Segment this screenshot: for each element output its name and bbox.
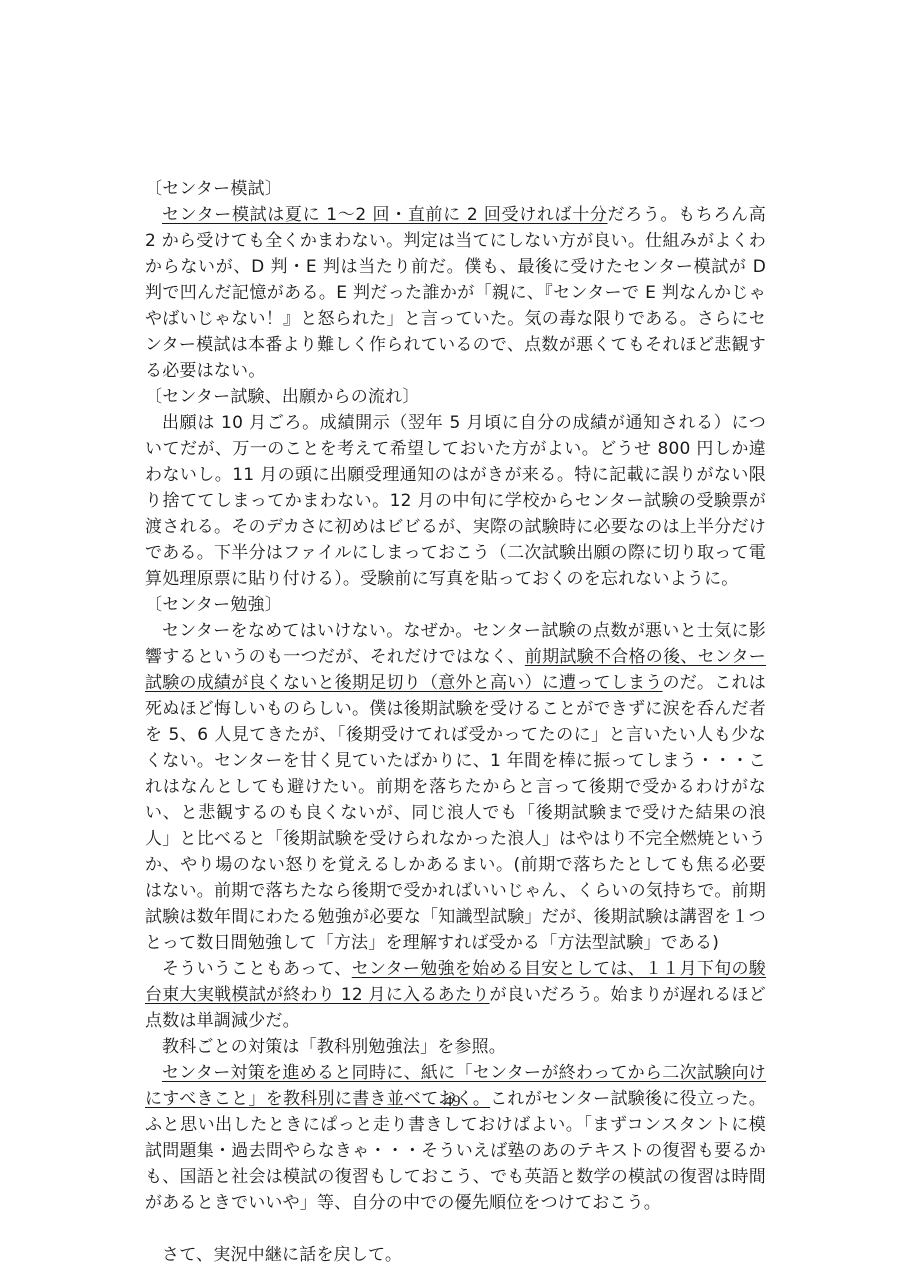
text-segment: 〔センター模試〕 bbox=[145, 179, 282, 199]
section-heading: 〔センター勉強〕 bbox=[145, 592, 766, 618]
text-segment: 出願は 10 月ごろ。成績開示（翌年 5 月頃に自分の成績が通知される）について… bbox=[145, 413, 766, 589]
paragraph: センター対策を進めると同時に、紙に「センターが終わってから二次試験向けにすべきこ… bbox=[145, 1060, 766, 1216]
paragraph: さて、実況中継に話を戻して。 bbox=[145, 1242, 766, 1268]
section-heading: 〔センター模試〕 bbox=[145, 176, 766, 202]
text-segment: さて、実況中継に話を戻して。 bbox=[162, 1245, 402, 1265]
page-number: 49 bbox=[0, 1093, 905, 1111]
paragraph: 出願は 10 月ごろ。成績開示（翌年 5 月頃に自分の成績が通知される）について… bbox=[145, 410, 766, 592]
paragraph: 教科ごとの対策は「教科別勉強法」を参照。 bbox=[145, 1034, 766, 1060]
blank-line bbox=[145, 1216, 766, 1242]
text-segment: 〔センター試験、出願からの流れ〕 bbox=[145, 387, 420, 407]
paragraph: センター模試は夏に 1〜2 回・直前に 2 回受ければ十分だろう。もちろん高 2… bbox=[145, 202, 766, 384]
text-segment: 教科ごとの対策は「教科別勉強法」を参照。 bbox=[162, 1037, 506, 1057]
paragraph: そういうこともあって、センター勉強を始める目安としては、１１月下旬の駿台東大実戦… bbox=[145, 956, 766, 1034]
text-segment: のだ。これは死ぬほど悔しいものらしい。僕は後期試験を受けることができずに涙を呑ん… bbox=[145, 673, 766, 953]
text-segment: だろう。もちろん高 2 から受けても全くかまわない。判定は当てにしない方が良い。… bbox=[145, 205, 766, 381]
section-heading: 〔センター試験、出願からの流れ〕 bbox=[145, 384, 766, 410]
paragraph: センターをなめてはいけない。なぜか。センター試験の点数が悪いと士気に影響するとい… bbox=[145, 618, 766, 956]
text-segment: 〔センター勉強〕 bbox=[145, 595, 282, 615]
text-segment: そういうこともあって、 bbox=[162, 959, 352, 979]
document-page: 〔センター模試〕センター模試は夏に 1〜2 回・直前に 2 回受ければ十分だろう… bbox=[0, 0, 905, 1280]
underlined-text-segment: センター模試は夏に 1〜2 回・直前に 2 回受ければ十分 bbox=[162, 205, 608, 225]
